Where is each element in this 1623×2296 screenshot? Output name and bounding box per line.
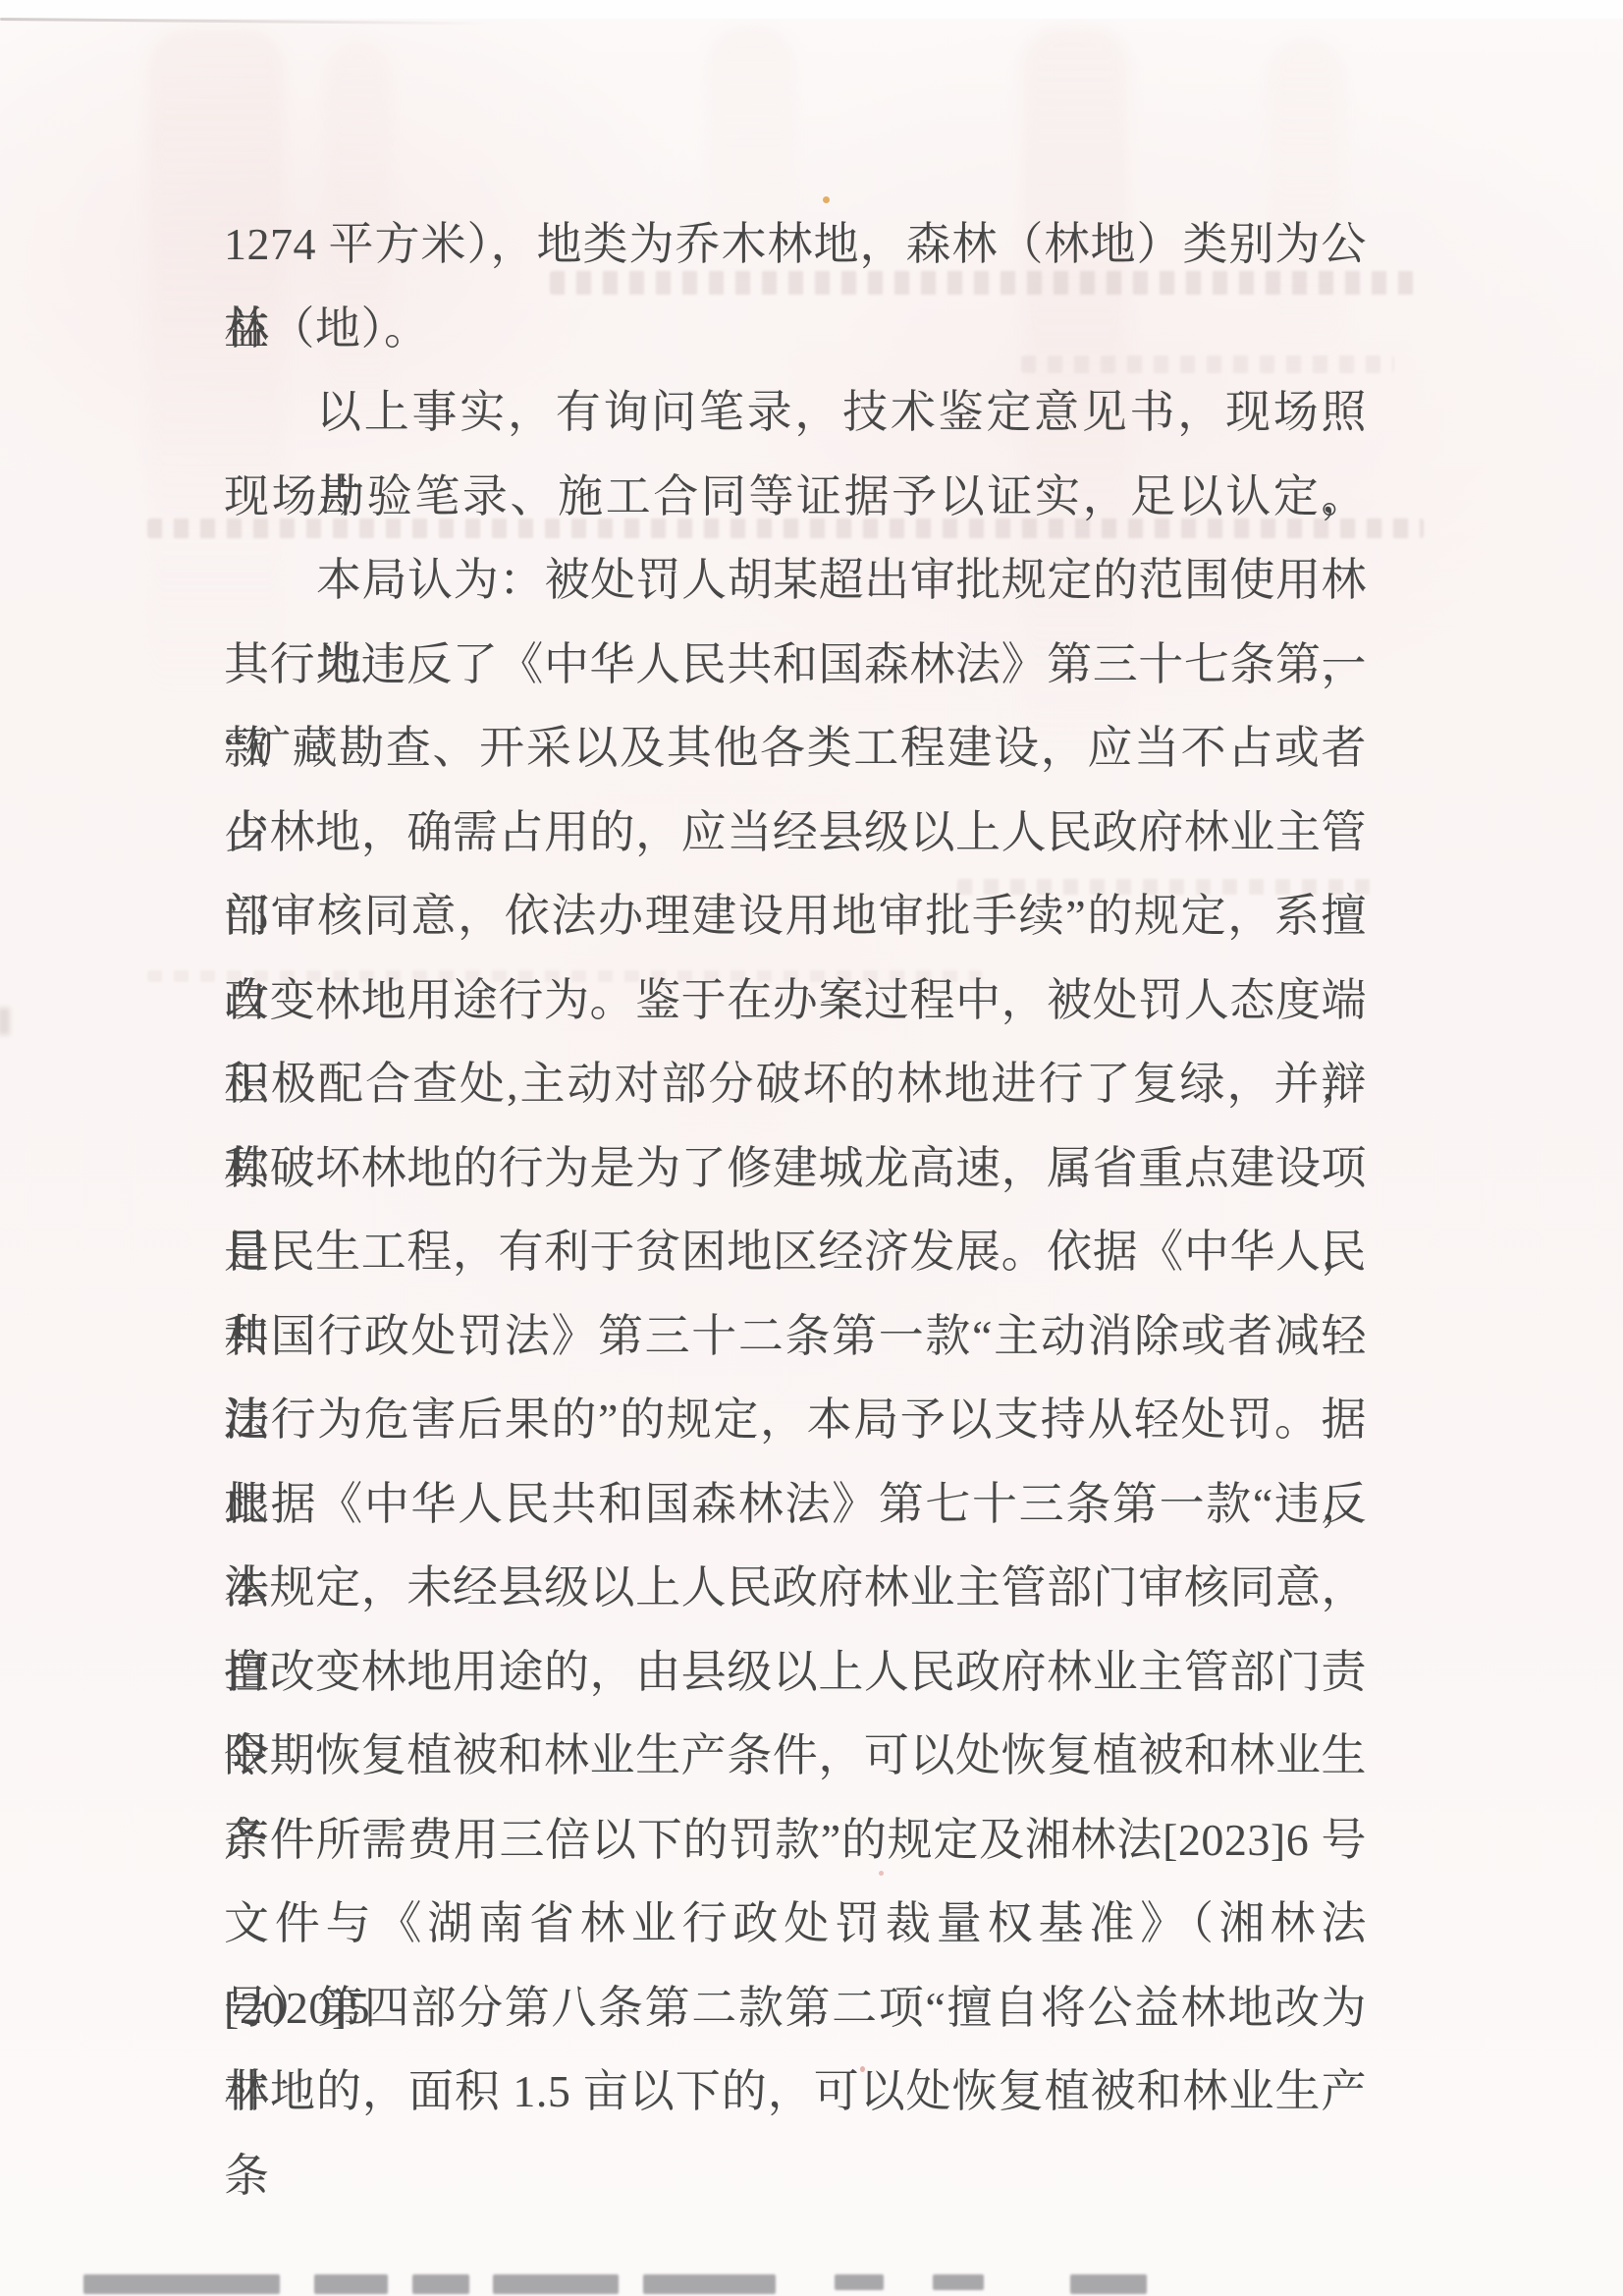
scan-speck [860, 2066, 865, 2072]
bleedthrough-fragment [643, 2274, 776, 2294]
bleedthrough-fragment [933, 2274, 984, 2290]
bleedthrough-bottom-fragments [0, 2274, 1623, 2296]
text-line: 法规定，未经县级以上人民政府林业主管部门审核同意，擅 [224, 1546, 1367, 1630]
text-line: 文件与《湖南省林业行政处罚裁量权基准》（湘林法[2020]5 [224, 1882, 1367, 1966]
text-line: 林地的，面积 1.5 亩以下的，可以处恢复植被和林业生产条 [224, 2050, 1367, 2134]
text-line: 以上事实，有询问笔录，技术鉴定意见书，现场照片， [224, 370, 1367, 455]
bleedthrough-fragment [493, 2274, 619, 2294]
text-line: 条件所需费用三倍以下的罚款”的规定及湘林法[2023]6 号 [224, 1798, 1367, 1883]
text-line: 现场勘验笔录、施工合同等证据予以证实，足以认定。 [224, 455, 1367, 539]
text-line: 是民生工程，有利于贫困地区经济发展。依据《中华人民共 [224, 1210, 1367, 1294]
paper-top-edge [0, 18, 491, 25]
bleedthrough-fragment [1070, 2274, 1147, 2294]
text-line: 占林地，确需占用的，应当经县级以上人民政府林业主管部 [224, 791, 1367, 875]
text-line: 其破坏林地的行为是为了修建城龙高速，属省重点建设项目， [224, 1126, 1367, 1211]
text-line: 号）第四部分第八条第二款第二项“擅自将公益林地改为非 [224, 1966, 1367, 2050]
bleedthrough-fragment [314, 2274, 388, 2294]
bleedthrough-fragment [412, 2274, 469, 2294]
text-line: 根据《中华人民共和国森林法》第七十三条第一款“违反本 [224, 1462, 1367, 1547]
scan-smudge [0, 1008, 10, 1035]
text-line: 林（地）。 [224, 287, 1367, 371]
bleedthrough-fragment [835, 2274, 884, 2290]
scan-speck [823, 196, 830, 203]
scanned-page: 1274 平方米），地类为乔木林地，森林（林地）类别为公益林（地）。以上事实，有… [0, 0, 1623, 2296]
text-line: 和国行政处罚法》第三十二条第一款“主动消除或者减轻违 [224, 1294, 1367, 1379]
text-line: 门审核同意，依法办理建设用地审批手续”的规定，系擅自 [224, 874, 1367, 958]
text-line: 限期恢复植被和林业生产条件，可以处恢复植被和林业生产 [224, 1714, 1367, 1798]
text-line: 其行为违反了《中华人民共和国森林法》第三十七条第一款 [224, 623, 1367, 707]
bleedthrough-fragment [83, 2274, 280, 2294]
text-line: 自改变林地用途的，由县级以上人民政府林业主管部门责令 [224, 1630, 1367, 1715]
scanner-background-strip [0, 0, 1623, 19]
text-line: 本局认为：被处罚人胡某超出审批规定的范围使用林地， [224, 538, 1367, 623]
text-line: 1274 平方米），地类为乔木林地，森林（林地）类别为公益 [224, 202, 1367, 287]
document-body-text: 1274 平方米），地类为乔木林地，森林（林地）类别为公益林（地）。以上事实，有… [224, 202, 1367, 2134]
text-line: 改变林地用途行为。鉴于在办案过程中，被处罚人态度端正， [224, 958, 1367, 1043]
text-line: 法行为危害后果的”的规定，本局予以支持从轻处罚。据此， [224, 1378, 1367, 1462]
text-line: “矿藏勘查、开采以及其他各类工程建设，应当不占或者少 [224, 706, 1367, 791]
scan-speck [879, 1871, 884, 1876]
text-line: 积极配合查处,主动对部分破坏的林地进行了复绿，并辩称 [224, 1042, 1367, 1126]
